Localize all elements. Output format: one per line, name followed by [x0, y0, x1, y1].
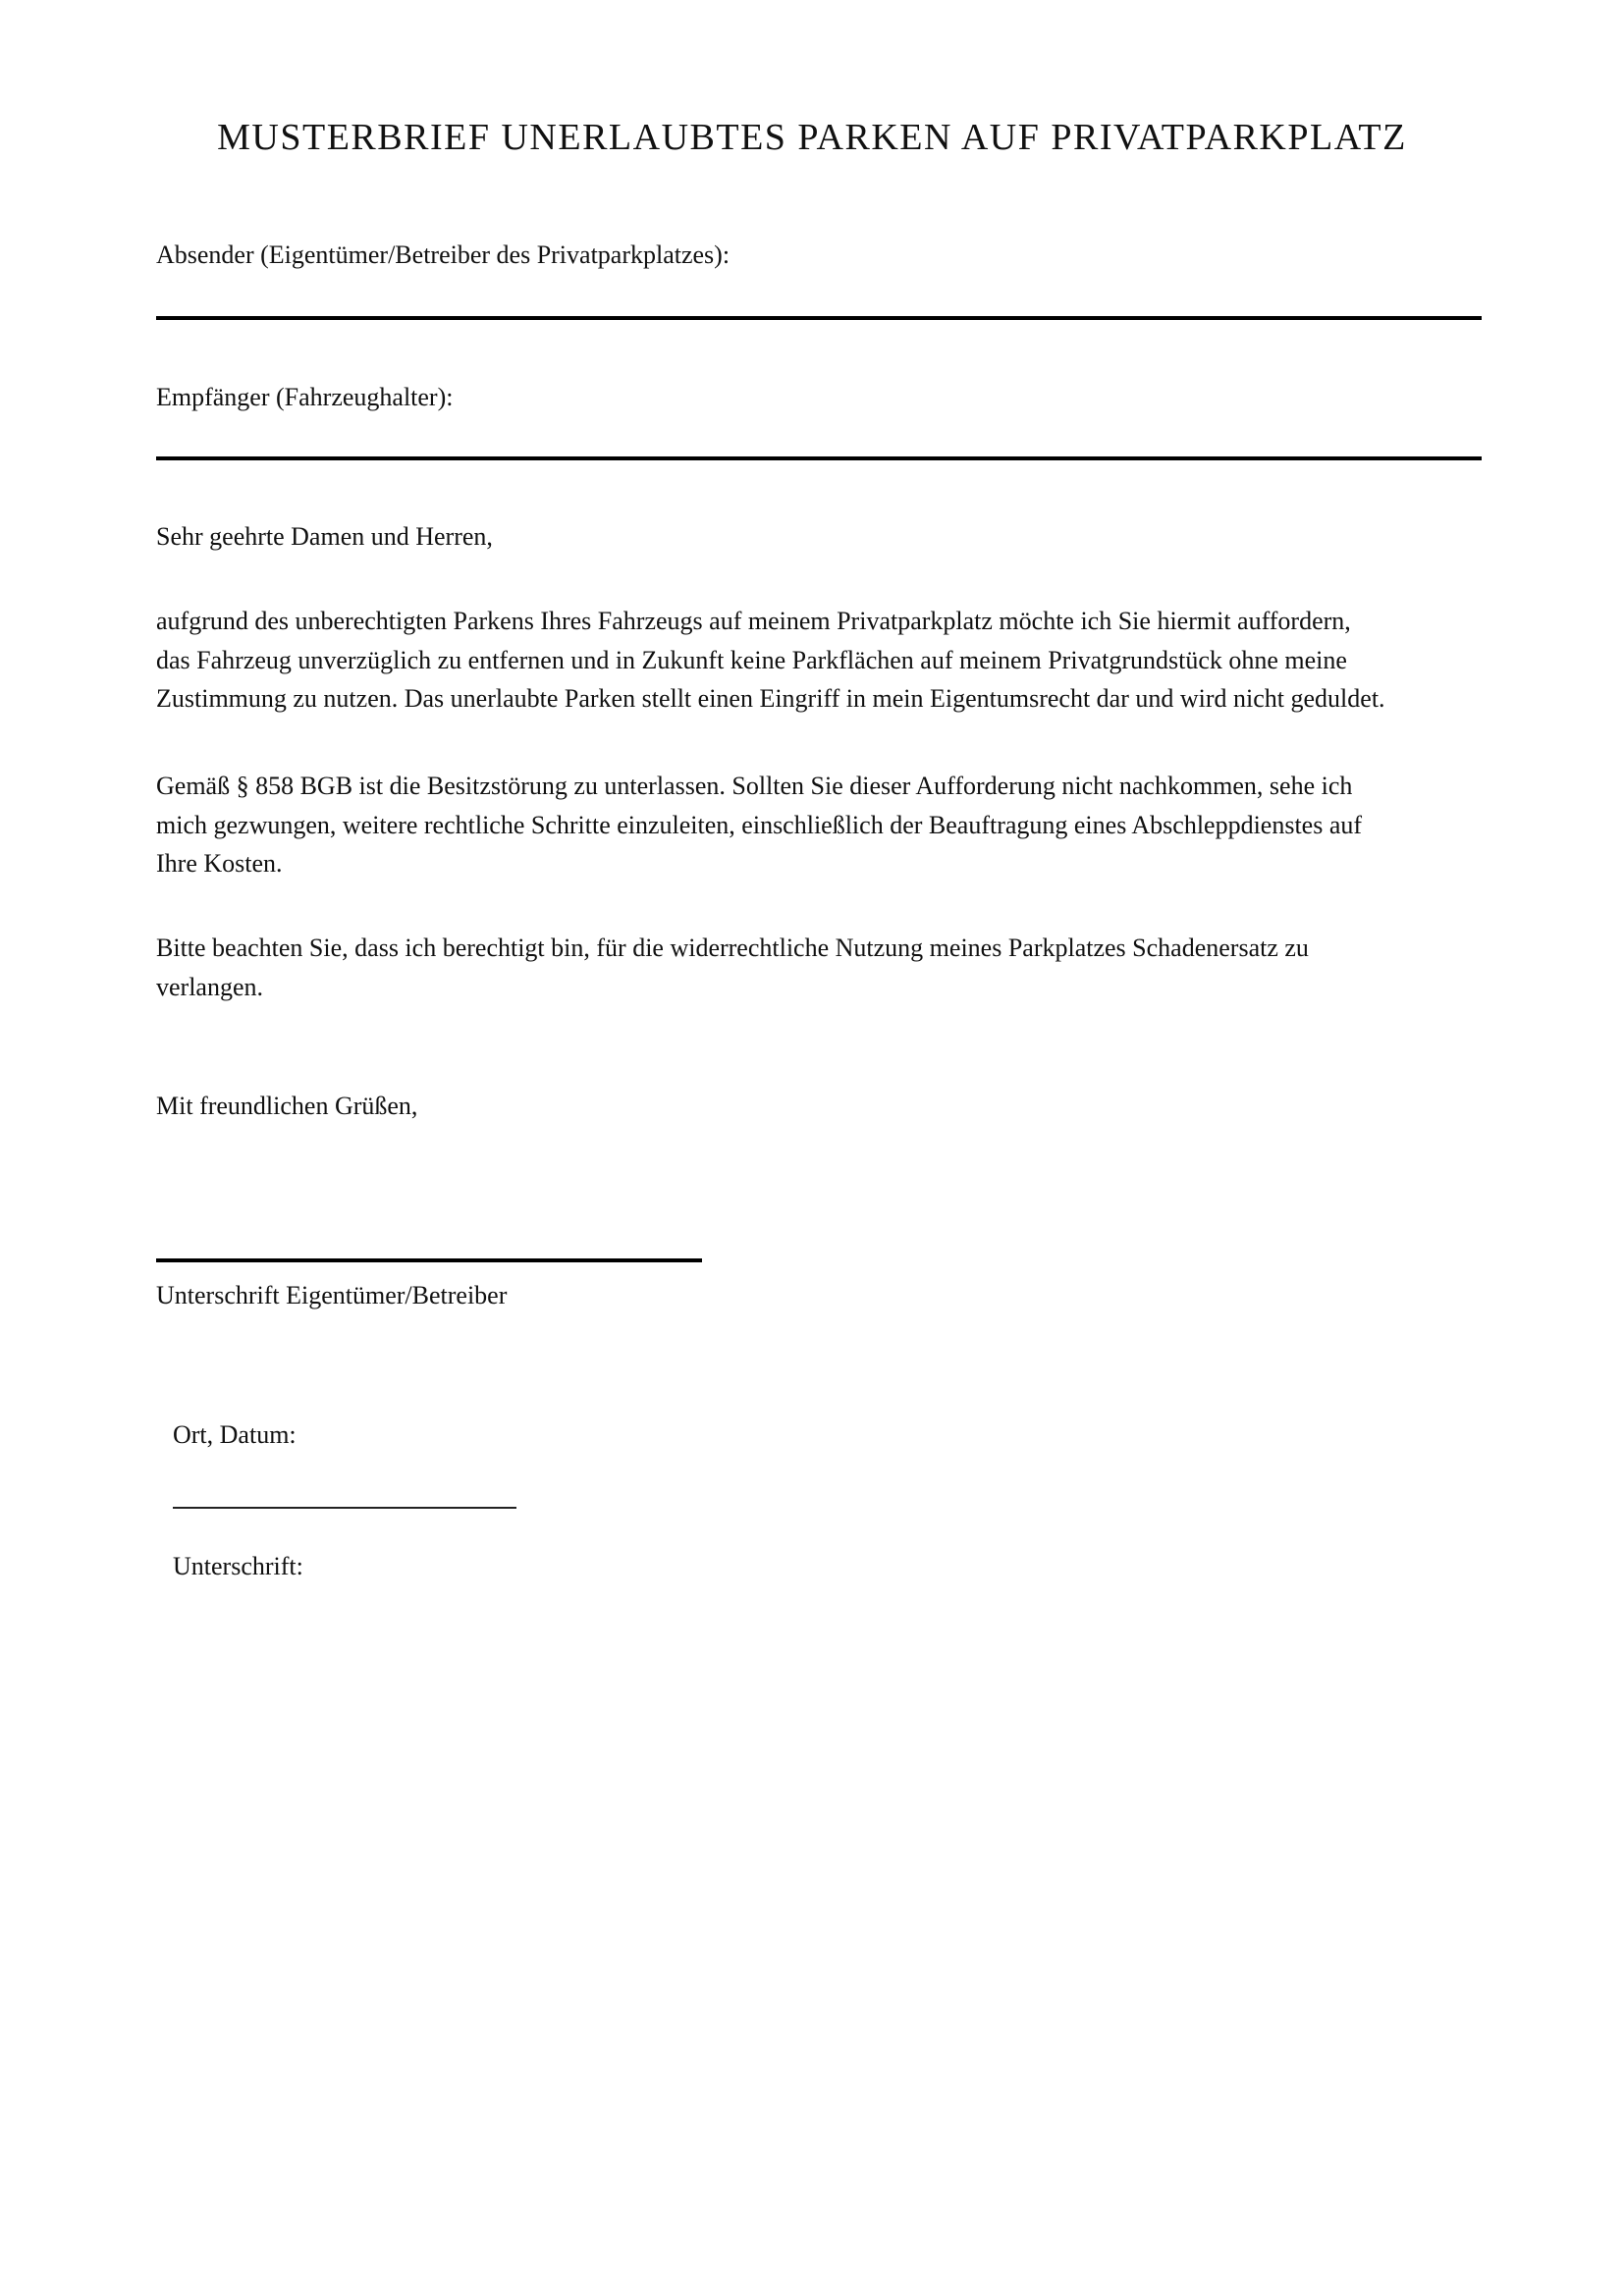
- paragraph-line: mich gezwungen, weitere rechtliche Schri…: [156, 806, 1531, 845]
- paragraph-line: Zustimmung zu nutzen. Das unerlaubte Par…: [156, 679, 1531, 719]
- paragraph-line: Bitte beachten Sie, dass ich berechtigt …: [156, 929, 1531, 968]
- paragraph-line: aufgrund des unberechtigten Parkens Ihre…: [156, 602, 1531, 641]
- paragraph-line: Ihre Kosten.: [156, 844, 1531, 883]
- place-date-line[interactable]: [173, 1507, 516, 1509]
- paragraph-line: Gemäß § 858 BGB ist die Besitzstörung zu…: [156, 767, 1531, 806]
- sender-label: Absender (Eigentümer/Betreiber des Priva…: [156, 236, 730, 275]
- sender-field-line[interactable]: [156, 316, 1482, 320]
- closing: Mit freundlichen Grüßen,: [156, 1087, 417, 1126]
- paragraph-legal-basis: Gemäß § 858 BGB ist die Besitzstörung zu…: [156, 767, 1531, 883]
- signature2-label: Unterschrift:: [173, 1547, 303, 1586]
- signature-line[interactable]: [156, 1258, 702, 1262]
- salutation: Sehr geehrte Damen und Herren,: [156, 517, 493, 557]
- place-date-label: Ort, Datum:: [173, 1415, 297, 1455]
- recipient-field-line[interactable]: [156, 456, 1482, 460]
- paragraph-line: das Fahrzeug unverzüglich zu entfernen u…: [156, 641, 1531, 680]
- recipient-label: Empfänger (Fahrzeughalter):: [156, 378, 453, 417]
- letter-page: MUSTERBRIEF UNERLAUBTES PARKEN AUF PRIVA…: [0, 0, 1624, 2296]
- paragraph-line: verlangen.: [156, 968, 1531, 1007]
- signature-label: Unterschrift Eigentümer/Betreiber: [156, 1276, 507, 1315]
- paragraph-demand: aufgrund des unberechtigten Parkens Ihre…: [156, 602, 1531, 719]
- paragraph-damages: Bitte beachten Sie, dass ich berechtigt …: [156, 929, 1531, 1006]
- document-title: MUSTERBRIEF UNERLAUBTES PARKEN AUF PRIVA…: [0, 116, 1624, 161]
